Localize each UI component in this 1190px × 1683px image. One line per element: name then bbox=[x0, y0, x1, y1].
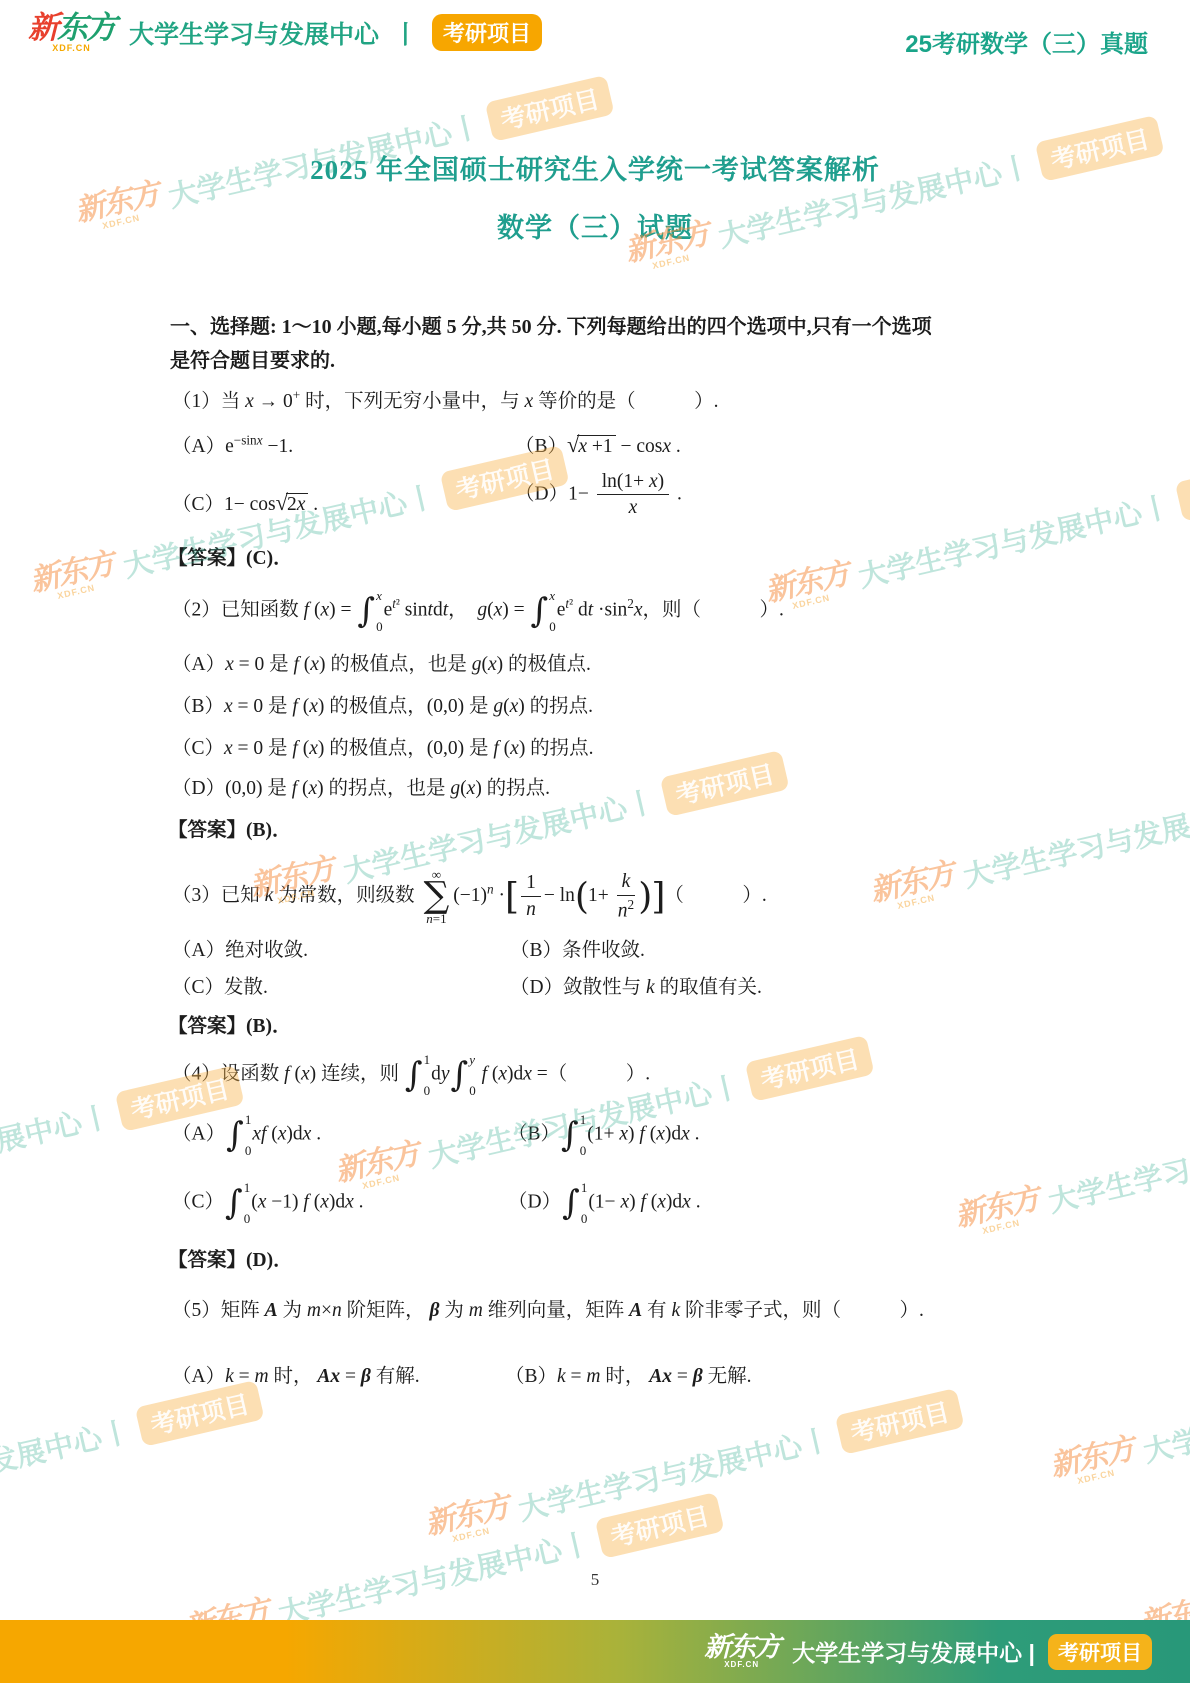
header-center-text: 大学生学习与发展中心 bbox=[129, 15, 379, 51]
xdf-logo-text: 新东方 bbox=[28, 12, 115, 43]
q4-option-b: （B）∫10(1+ x) f (x)dx . bbox=[508, 1112, 700, 1158]
q4-option-c: （C）∫10(x −1) f (x)dx . bbox=[172, 1180, 364, 1226]
header-right-title: 25考研数学（三）真题 bbox=[905, 24, 1148, 59]
watermark: 新东方XDF.CN大学生学习与发展中心丨考研项目 bbox=[762, 454, 1190, 617]
watermark-badge: 考研项目 bbox=[745, 1034, 875, 1101]
watermark: 新东方XDF.CN大学生学习与发展中心丨考研项目 bbox=[1047, 1329, 1190, 1492]
watermark-badge: 考研项目 bbox=[1175, 454, 1190, 521]
header-badge: 考研项目 bbox=[432, 14, 542, 51]
watermark-text: 大学生学习与发展中心丨 bbox=[1044, 1109, 1190, 1221]
watermark-xdf-logo: 新东方XDF.CN bbox=[1048, 1434, 1139, 1491]
watermark-badge: 考研项目 bbox=[660, 749, 790, 816]
watermark: 新东方XDF.CN大学生学习与发展中心丨考研项目 bbox=[0, 1379, 265, 1542]
watermark-badge: 考研项目 bbox=[595, 1491, 725, 1558]
footer-center-text: 大学生学习与发展中心 | bbox=[792, 1635, 1035, 1668]
watermark-badge: 考研项目 bbox=[135, 1379, 265, 1446]
q5-stem: （5）矩阵 A 为 m×n 阶矩阵， β 为 m 维列向量，矩阵 A 有 k 阶… bbox=[172, 1294, 924, 1322]
q3-option-a: （A）绝对收敛. bbox=[172, 934, 308, 962]
q1-option-c: （C）1− cos√2x . bbox=[172, 488, 318, 516]
watermark: 新东方XDF.CN大学生学习与发展中心丨考研项目 bbox=[27, 444, 569, 607]
watermark-text: 大学生学习与发展中心丨 bbox=[0, 1409, 134, 1521]
exam-title-line2: 数学（三）试题 bbox=[0, 206, 1190, 245]
watermark-text: 大学生学习与发展中心丨 bbox=[1139, 1359, 1190, 1471]
q1-stem: （1）当 x → 0+ 时，下列无穷小量中，与 x 等价的是（ ）. bbox=[172, 385, 718, 413]
section-intro-line1: 一、选择题: 1～10 小题,每小题 5 分,共 50 分. 下列每题给出的四个… bbox=[170, 310, 932, 339]
watermark-xdf-logo: 新东方XDF.CN bbox=[28, 549, 119, 606]
exam-title-line1: 2025 年全国硕士研究生入学统一考试答案解析 bbox=[0, 148, 1190, 187]
exam-page: 新东方 XDF.CN 大学生学习与发展中心 丨 考研项目 25考研数学（三）真题… bbox=[0, 0, 1190, 1683]
header-divider: 丨 bbox=[393, 15, 418, 51]
q2-answer: 【答案】(B)． bbox=[168, 814, 292, 842]
q2-option-d: （D）(0,0) 是 f (x) 的拐点，也是 g(x) 的拐点. bbox=[172, 772, 550, 800]
footer-badge: 考研项目 bbox=[1048, 1634, 1152, 1670]
section-intro-line2: 是符合题目要求的. bbox=[170, 344, 335, 373]
xdf-logo-sub: XDF.CN bbox=[52, 44, 91, 53]
q2-option-a: （A）x = 0 是 f (x) 的极值点，也是 g(x) 的极值点. bbox=[172, 648, 591, 676]
q2-stem: （2）已知函数 f (x) = ∫x0et² sintdt， g(x) = ∫x… bbox=[172, 588, 784, 634]
watermark-text: 大学生学习与发展中心丨 bbox=[854, 484, 1174, 596]
watermark: 新东方XDF.CN大学生学习与发展中心丨考研项目 bbox=[622, 114, 1164, 277]
q3-answer: 【答案】(B)． bbox=[168, 1010, 292, 1038]
watermark-xdf-logo: 新东方XDF.CN bbox=[423, 1492, 514, 1549]
q4-option-d: （D）∫10(1− x) f (x)dx . bbox=[508, 1180, 701, 1226]
watermark-xdf-logo: 新东方XDF.CN bbox=[953, 1184, 1044, 1241]
watermark-text: 大学生学习与发展中心丨 bbox=[959, 784, 1190, 896]
q2-option-c: （C）x = 0 是 f (x) 的极值点，(0,0) 是 f (x) 的拐点. bbox=[172, 732, 594, 760]
watermark-text: 大学生学习与发展中心丨 bbox=[0, 1094, 114, 1206]
q5-option-a: （A）k = m 时， Ax = β 有解. bbox=[172, 1360, 420, 1388]
page-header: 新东方 XDF.CN 大学生学习与发展中心 丨 考研项目 bbox=[28, 12, 542, 53]
q4-option-a: （A）∫10xf (x)dx . bbox=[172, 1112, 321, 1158]
footer-bar: 新东方 XDF.CN 大学生学习与发展中心 | 考研项目 bbox=[0, 1620, 1190, 1683]
footer-xdf-logo: 新东方 XDF.CN bbox=[704, 1634, 779, 1669]
watermark-text: 大学生学习与发展中心丨 bbox=[514, 1417, 834, 1529]
watermark-badge: 考研项目 bbox=[485, 74, 615, 141]
q1-option-d: （D）1− ln(1+ x)x . bbox=[515, 470, 682, 520]
watermark-badge: 考研项目 bbox=[835, 1387, 965, 1454]
q4-stem: （4）设函数 f (x) 连续，则 ∫10dy∫y0 f (x)dx =（ ）. bbox=[172, 1052, 650, 1098]
q5-option-b: （B）k = m 时， Ax = β 无解. bbox=[505, 1360, 752, 1388]
q4-answer: 【答案】(D)． bbox=[168, 1244, 293, 1272]
watermark-xdf-logo: 新东方XDF.CN bbox=[868, 859, 959, 916]
watermark: 新东方XDF.CN大学生学习与发展中心丨考研项目 bbox=[952, 1079, 1190, 1242]
xdf-logo: 新东方 XDF.CN bbox=[28, 12, 115, 53]
q3-option-c: （C）发散. bbox=[172, 971, 268, 999]
q1-answer: 【答案】(C)． bbox=[168, 542, 293, 570]
q2-option-b: （B）x = 0 是 f (x) 的极值点，(0,0) 是 g(x) 的拐点. bbox=[172, 690, 593, 718]
page-number: 5 bbox=[0, 1570, 1190, 1590]
q3-option-b: （B）条件收敛. bbox=[510, 934, 645, 962]
watermark: 新东方XDF.CN大学生学习与发展中心丨考研项目 bbox=[867, 754, 1190, 917]
q1-option-a: （A）e−sinx −1. bbox=[172, 430, 293, 458]
q3-option-d: （D）敛散性与 k 的取值有关. bbox=[510, 971, 762, 999]
q1-option-b: （B）√x +1 − cosx . bbox=[515, 430, 681, 458]
q3-stem: （3）已知 k 为常数，则级数 ∞∑n=1(−1)n ·[1n− ln(1+ k… bbox=[172, 868, 767, 925]
watermark: 新东方XDF.CN大学生学习与发展中心丨考研项目 bbox=[422, 1387, 964, 1550]
